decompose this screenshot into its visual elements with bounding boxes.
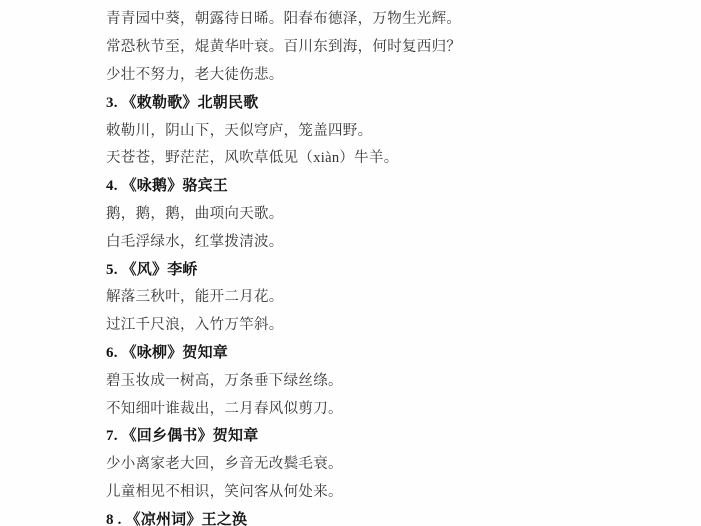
- poem-line: 解落三秋叶，能开二月花。: [106, 282, 661, 310]
- poem-line: 白毛浮绿水，红掌拨清波。: [106, 226, 661, 254]
- poem-line: 碧玉妆成一树高，万条垂下绿丝绦。: [106, 365, 661, 393]
- poem-line: 儿童相见不相识，笑问客从何处来。: [106, 477, 661, 505]
- poem-line: 过江千尺浪，入竹万竿斜。: [106, 310, 661, 338]
- poem-line: 鹅，鹅，鹅，曲项向天歌。: [106, 199, 661, 227]
- poem-line: 青青园中葵，朝露待日晞。阳春布德泽，万物生光辉。: [106, 4, 661, 32]
- poem-line: 敕勒川，阴山下，天似穹庐，笼盖四野。: [106, 115, 661, 143]
- poem-line: 少壮不努力，老大徒伤悲。: [106, 60, 661, 88]
- document-page: 青青园中葵，朝露待日晞。阳春布德泽，万物生光辉。 常恐秋节至，焜黄华叶衰。百川东…: [0, 0, 701, 526]
- poem-heading-6: 6. 《咏柳》贺知章: [106, 338, 661, 366]
- poem-heading-7: 7. 《回乡偶书》贺知章: [106, 421, 661, 449]
- poem-heading-3: 3. 《敕勒歌》北朝民歌: [106, 87, 661, 115]
- poem-heading-4: 4. 《咏鹅》骆宾王: [106, 171, 661, 199]
- poem-line: 常恐秋节至，焜黄华叶衰。百川东到海，何时复西归？: [106, 32, 661, 60]
- poem-heading-5: 5. 《风》李峤: [106, 254, 661, 282]
- poem-line: 少小离家老大回，乡音无改鬓毛衰。: [106, 449, 661, 477]
- poem-line: 天苍苍，野茫茫，风吹草低见（xiàn）牛羊。: [106, 143, 661, 171]
- poem-heading-8: 8 . 《凉州词》王之涣: [106, 504, 661, 526]
- poem-line: 不知细叶谁裁出，二月春风似剪刀。: [106, 393, 661, 421]
